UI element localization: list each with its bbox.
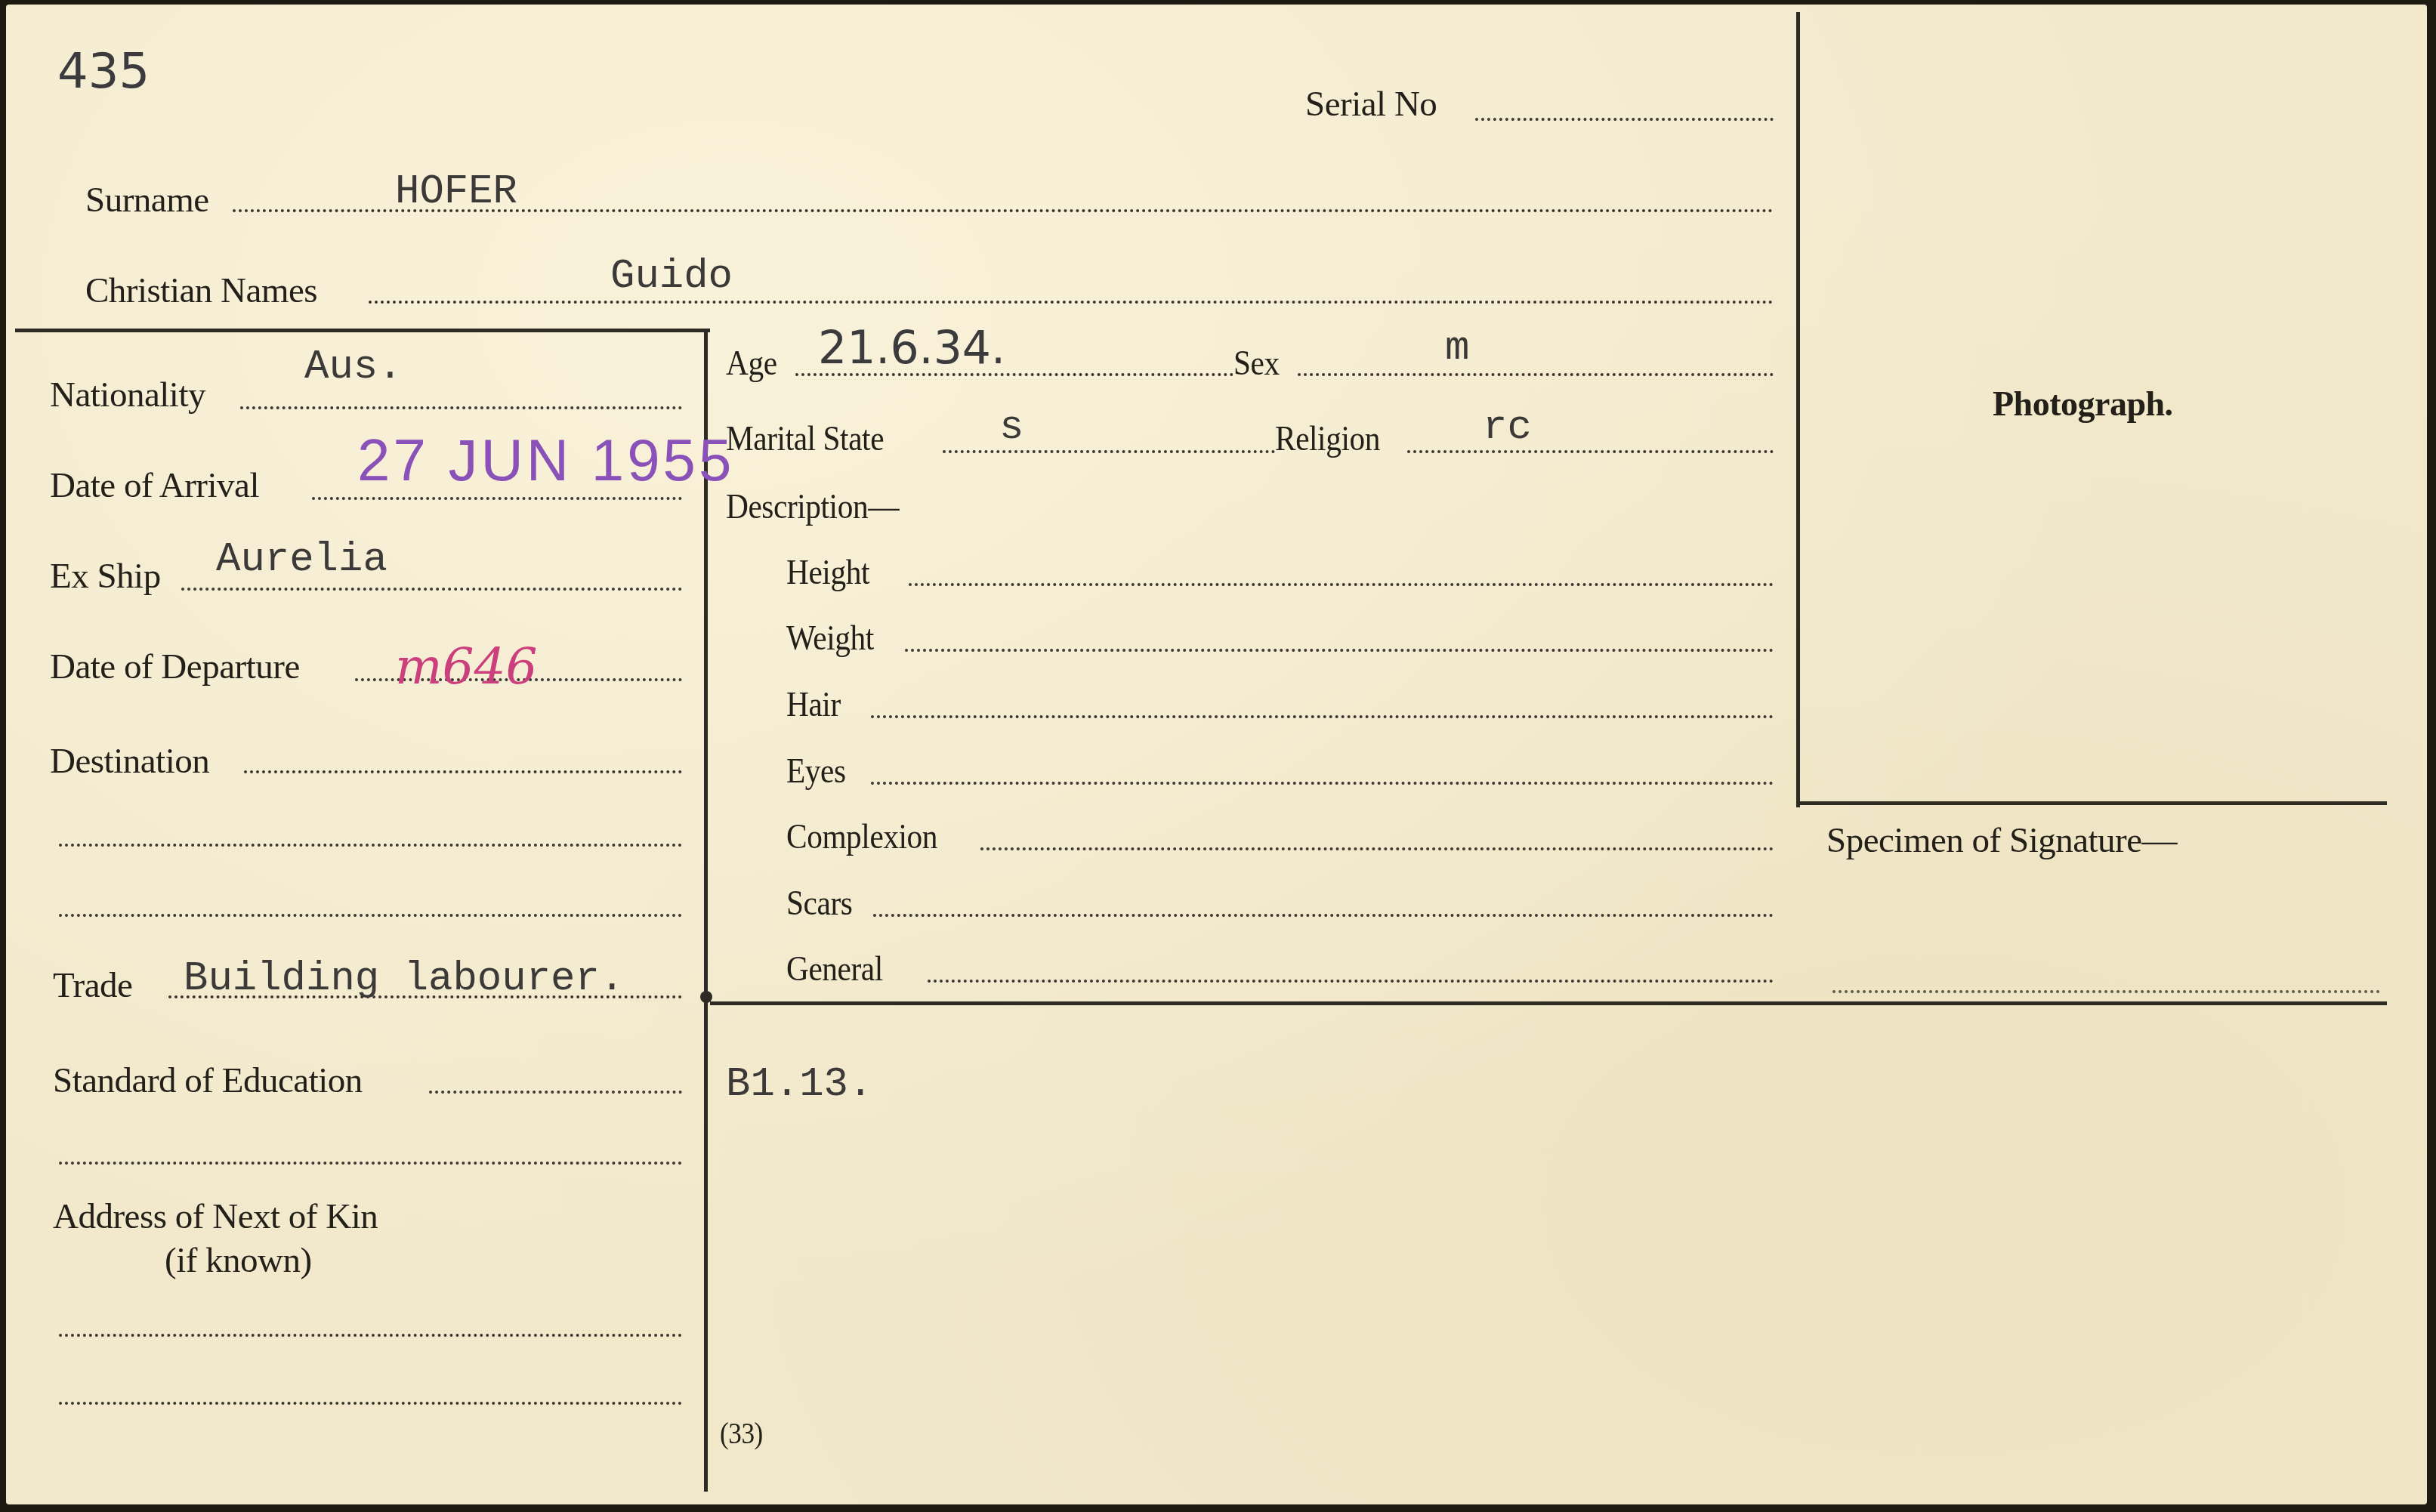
religion-field[interactable]: [1407, 450, 1774, 453]
surname-label: Surname: [85, 180, 209, 221]
next-of-kin-field-line-2[interactable]: [59, 1402, 682, 1405]
surname-value: HOFER: [395, 169, 517, 215]
destination-field[interactable]: [244, 770, 682, 773]
signature-field[interactable]: [1832, 990, 2380, 993]
registration-card: 435 Serial No Surname HOFER Christian Na…: [6, 5, 2427, 1504]
marital-state-label: Marital State: [726, 418, 884, 459]
christian-names-value: Guido: [610, 254, 733, 300]
age-label: Age: [726, 343, 777, 384]
next-of-kin-sublabel: (if known): [165, 1240, 312, 1281]
scars-label: Scars: [786, 883, 852, 924]
photo-box-left-rule: [1796, 12, 1800, 807]
serial-no-label: Serial No: [1305, 84, 1437, 125]
marital-state-value: s: [999, 405, 1023, 451]
description-bottom-rule: [710, 1001, 2387, 1005]
sex-field[interactable]: [1298, 373, 1774, 376]
hair-label: Hair: [786, 684, 841, 725]
general-label: General: [786, 949, 883, 989]
complexion-field[interactable]: [980, 847, 1774, 850]
height-field[interactable]: [909, 583, 1774, 586]
destination-field-line-3[interactable]: [59, 914, 682, 917]
date-of-arrival-label: Date of Arrival: [50, 465, 259, 506]
sex-label: Sex: [1233, 343, 1280, 384]
trade-label: Trade: [53, 965, 132, 1006]
age-value: 21.6.34.: [818, 322, 1005, 375]
marital-state-field[interactable]: [943, 450, 1275, 453]
general-field[interactable]: [928, 980, 1774, 983]
weight-label: Weight: [786, 618, 874, 659]
nationality-value: Aus.: [304, 344, 403, 390]
card-number: 435: [57, 44, 150, 100]
christian-names-field[interactable]: [369, 301, 1774, 304]
ex-ship-field[interactable]: [181, 588, 682, 591]
standard-of-education-field-line-2[interactable]: [59, 1162, 682, 1165]
date-of-arrival-field[interactable]: [312, 497, 682, 500]
next-of-kin-field-line-1[interactable]: [59, 1334, 682, 1337]
rule-junction-dot: [700, 991, 712, 1003]
form-number: (33): [720, 1415, 763, 1451]
left-panel-top-rule: [15, 329, 710, 332]
notes-value: B1.13.: [726, 1062, 872, 1108]
signature-label: Specimen of Signature—: [1826, 820, 2177, 861]
religion-value: rc: [1483, 405, 1532, 451]
height-label: Height: [786, 552, 869, 593]
nationality-label: Nationality: [50, 375, 205, 415]
hair-field[interactable]: [871, 715, 1774, 718]
eyes-label: Eyes: [786, 751, 846, 791]
destination-label: Destination: [50, 741, 209, 782]
date-of-departure-handwritten: m646: [395, 637, 538, 696]
nationality-field[interactable]: [240, 406, 682, 409]
christian-names-label: Christian Names: [85, 270, 317, 311]
scars-field[interactable]: [873, 914, 1774, 917]
ex-ship-label: Ex Ship: [50, 556, 161, 597]
next-of-kin-label: Address of Next of Kin: [53, 1196, 378, 1237]
photo-box-bottom-rule: [1796, 801, 2387, 805]
destination-field-line-2[interactable]: [59, 844, 682, 847]
sex-value: m: [1445, 326, 1469, 372]
religion-label: Religion: [1275, 418, 1380, 459]
weight-field[interactable]: [905, 649, 1774, 652]
description-label: Description—: [726, 486, 899, 527]
standard-of-education-label: Standard of Education: [53, 1060, 363, 1101]
photograph-area[interactable]: [1804, 16, 2385, 801]
ex-ship-value: Aurelia: [216, 537, 387, 583]
eyes-field[interactable]: [871, 782, 1774, 785]
serial-no-field[interactable]: [1475, 118, 1774, 121]
left-panel-right-rule: [704, 329, 708, 1492]
standard-of-education-field[interactable]: [429, 1091, 682, 1094]
date-of-departure-label: Date of Departure: [50, 646, 300, 687]
date-of-arrival-stamp: 27 JUN 1955: [357, 426, 734, 495]
complexion-label: Complexion: [786, 816, 937, 857]
trade-value: Building labourer.: [184, 956, 624, 1002]
